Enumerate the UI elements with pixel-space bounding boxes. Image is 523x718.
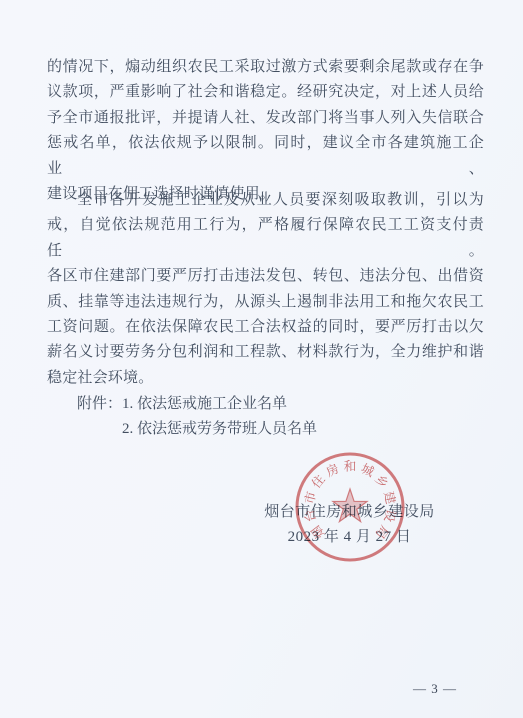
text-line: 予全市通报批评，并提请人社、发改部门将当事人列入失信联合 — [47, 106, 484, 131]
paragraph-1: 的情况下，煽动组织农民工采取过激方式索要剩余尾款或存在争 议款项，严重影响了社会… — [47, 55, 484, 207]
document-page: 的情况下，煽动组织农民工采取过激方式索要剩余尾款或存在争 议款项，严重影响了社会… — [0, 0, 523, 718]
text-line: 的情况下，煽动组织农民工采取过激方式索要剩余尾款或存在争 — [47, 55, 484, 80]
text-line: 惩戒名单，依法依规予以限制。同时，建议全市各建筑施工企业、 — [47, 131, 484, 182]
svg-text:建: 建 — [381, 490, 399, 506]
text-line: 议款项，严重影响了社会和谐稳定。经研究决定，对上述人员给 — [47, 80, 484, 105]
svg-text:设: 设 — [381, 508, 397, 524]
svg-text:和: 和 — [344, 460, 357, 474]
text-line: 各区市住建部门要严厉打击违法发包、转包、违法分包、出借资 — [47, 264, 484, 289]
text-line: 戒，自觉依法规范用工行为，严格履行保障农民工工资支付责任。 — [47, 213, 484, 264]
svg-text:台: 台 — [302, 508, 318, 524]
svg-text:房: 房 — [323, 461, 341, 480]
svg-text:市: 市 — [302, 490, 318, 505]
svg-text:局: 局 — [373, 523, 392, 541]
svg-text:乡: 乡 — [372, 472, 391, 491]
star-icon — [333, 489, 367, 522]
text-line: 薪名义讨要劳务分包利润和工程款、材料款行为，全力维护和谐 — [47, 340, 484, 365]
text-line: 工资问题。在依法保障农民工合法权益的同时，要严厉打击以欠 — [47, 315, 484, 340]
attachment-section: 附件： 1. 依法惩戒施工企业名单 2. 依法惩戒劳务带班人员名单 — [77, 392, 317, 443]
paragraph-2: 全市各开发施工企业及从业人员要深刻吸取教训，引以为 戒，自觉依法规范用工行为，严… — [47, 188, 484, 391]
official-seal: 烟台市住房和城乡建设局 — [293, 450, 407, 564]
page-number: — 3 — — [398, 681, 472, 697]
svg-text:城: 城 — [359, 461, 377, 479]
attachment-item: 1. 依法惩戒施工企业名单 — [122, 392, 317, 417]
attachment-label: 附件： — [77, 392, 122, 443]
svg-text:烟: 烟 — [308, 523, 328, 542]
svg-text:住: 住 — [309, 472, 328, 491]
text-line: 全市各开发施工企业及从业人员要深刻吸取教训，引以为 — [47, 188, 484, 213]
text-line: 稳定社会环境。 — [47, 366, 484, 391]
attachment-item: 2. 依法惩戒劳务带班人员名单 — [122, 417, 317, 442]
text-line: 质、挂靠等违法违规行为，从源头上遏制非法用工和拖欠农民工 — [47, 290, 484, 315]
